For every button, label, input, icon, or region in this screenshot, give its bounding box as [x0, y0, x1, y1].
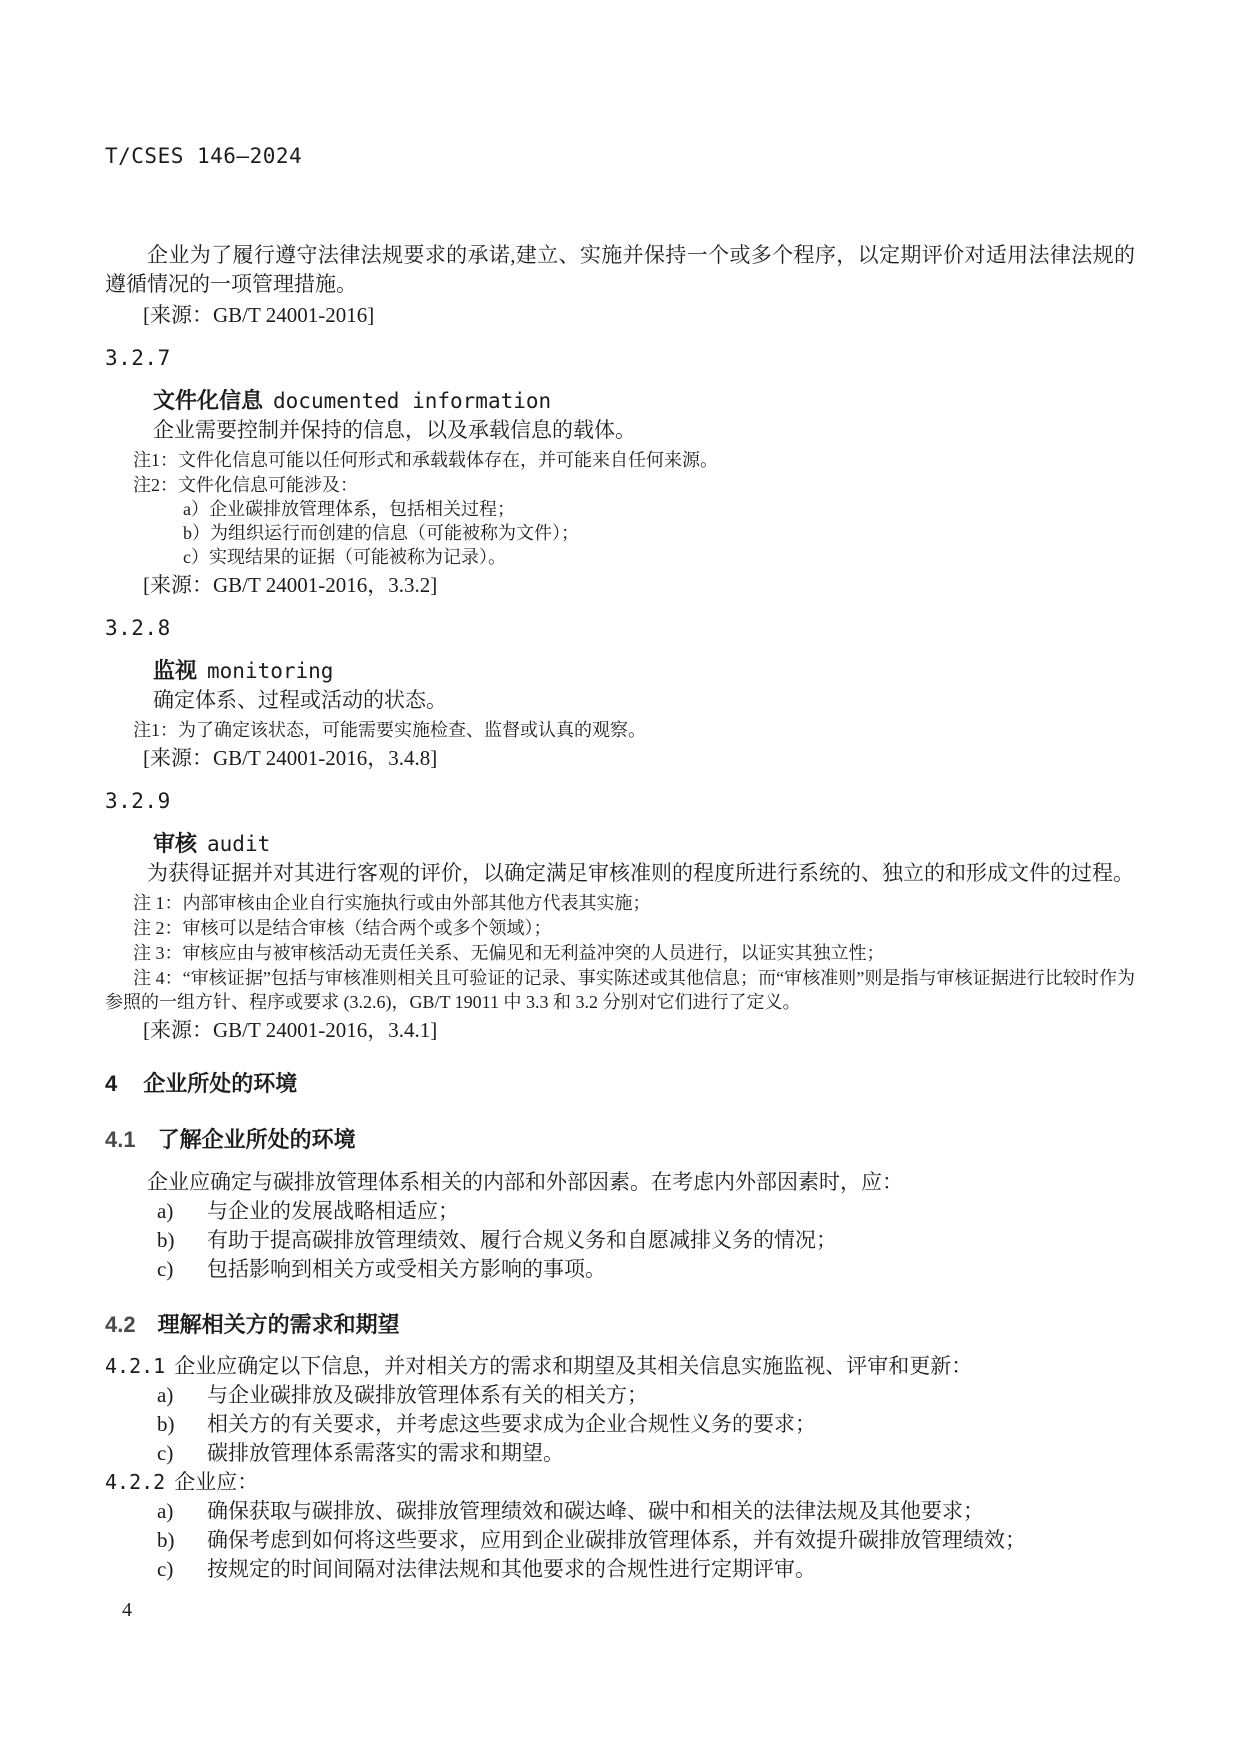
list-item: c) 碳排放管理体系需落实的需求和期望。: [105, 1439, 1135, 1468]
list-marker: a): [157, 1197, 207, 1226]
list-text: 相关方的有关要求，并考虑这些要求成为企业合规性义务的要求；: [207, 1410, 1135, 1439]
list-marker: b): [157, 1526, 207, 1555]
term-cn: 监视: [153, 658, 197, 683]
list-text: 与企业碳排放及碳排放管理体系有关的相关方；: [207, 1381, 1135, 1410]
list-text: 按规定的时间间隔对法律法规和其他要求的合规性进行定期评审。: [207, 1555, 1135, 1584]
list-item: a) 与企业的发展战略相适应；: [105, 1197, 1135, 1226]
term-number-3-2-8: 3.2.8: [105, 614, 1135, 643]
note-list-item: c）实现结果的证据（可能被称为记录）。: [183, 545, 1135, 569]
term-en: documented information: [273, 389, 551, 413]
section-number: 4.1: [105, 1125, 136, 1155]
term-cn: 文件化信息: [153, 388, 263, 413]
list-text: 碳排放管理体系需落实的需求和期望。: [207, 1439, 1135, 1468]
list-text: 确保考虑到如何将这些要求，应用到企业碳排放管理体系，并有效提升碳排放管理绩效；: [207, 1526, 1135, 1555]
list-marker: a): [157, 1381, 207, 1410]
term-note: 注2：文件化信息可能涉及：: [105, 473, 1135, 497]
list-item: c) 包括影响到相关方或受相关方影响的事项。: [105, 1255, 1135, 1284]
note-list-item: a）企业碳排放管理体系，包括相关过程；: [183, 497, 1135, 521]
term-en: audit: [207, 832, 270, 856]
section-4-1-heading: 4.1 了解企业所处的环境: [105, 1125, 1135, 1155]
section-title: 企业所处的环境: [143, 1069, 297, 1099]
section-4-heading: 4 企业所处的环境: [105, 1069, 1135, 1099]
term-heading-3-2-7: 文件化信息documented information: [153, 386, 1135, 416]
list-item: c) 按规定的时间间隔对法律法规和其他要求的合规性进行定期评审。: [105, 1555, 1135, 1584]
section-number: 4.2: [105, 1310, 136, 1340]
doc-code-header: T/CSES 146—2024: [105, 143, 1135, 169]
list-marker: c): [157, 1255, 207, 1284]
clause-number: 4.2.1: [105, 1354, 165, 1378]
term-definition: 为获得证据并对其进行客观的评价，以确定满足审核准则的程度所进行系统的、独立的和形…: [105, 859, 1135, 888]
list-marker: c): [157, 1439, 207, 1468]
list-text: 有助于提高碳排放管理绩效、履行合规义务和自愿减排义务的情况；: [207, 1226, 1135, 1255]
list-item: b) 确保考虑到如何将这些要求，应用到企业碳排放管理体系，并有效提升碳排放管理绩…: [105, 1526, 1135, 1555]
list-text: 包括影响到相关方或受相关方影响的事项。: [207, 1255, 1135, 1284]
list-marker: c): [157, 1555, 207, 1584]
term-number-3-2-7: 3.2.7: [105, 344, 1135, 373]
source-reference: [来源：GB/T 24001-2016，3.4.1]: [143, 1016, 1135, 1045]
term-number-3-2-9: 3.2.9: [105, 787, 1135, 816]
list-marker: b): [157, 1410, 207, 1439]
term-heading-3-2-8: 监视monitoring: [153, 656, 1135, 686]
note-list-item: b）为组织运行而创建的信息（可能被称为文件）；: [183, 521, 1135, 545]
page-number: 4: [122, 1597, 1135, 1623]
source-reference: [来源：GB/T 24001-2016，3.3.2]: [143, 571, 1135, 600]
list-marker: b): [157, 1226, 207, 1255]
section-title: 了解企业所处的环境: [158, 1125, 356, 1155]
list-text: 确保获取与碳排放、碳排放管理绩效和碳达峰、碳中和相关的法律法规及其他要求；: [207, 1497, 1135, 1526]
list-text: 与企业的发展战略相适应；: [207, 1197, 1135, 1226]
term-heading-3-2-9: 审核audit: [153, 829, 1135, 859]
section-number: 4: [105, 1069, 117, 1099]
clause-number: 4.2.2: [105, 1470, 165, 1494]
term-note: 注 3：审核应由与被审核活动无责任关系、无偏见和无利益冲突的人员进行，以证实其独…: [105, 941, 1135, 965]
list-marker: a): [157, 1497, 207, 1526]
list-item: a) 与企业碳排放及碳排放管理体系有关的相关方；: [105, 1381, 1135, 1410]
clause-intro: 企业应确定与碳排放管理体系相关的内部和外部因素。在考虑内外部因素时，应：: [105, 1168, 1135, 1197]
source-reference: [来源：GB/T 24001-2016]: [143, 301, 1135, 330]
list-item: b) 相关方的有关要求，并考虑这些要求成为企业合规性义务的要求；: [105, 1410, 1135, 1439]
clause-4-2-2: 4.2.2企业应：: [105, 1468, 1135, 1497]
term-note: 注1：文件化信息可能以任何形式和承载载体存在，并可能来自任何来源。: [105, 448, 1135, 472]
term-note: 注 4：“审核证据”包括与审核准则相关且可验证的记录、事实陈述或其他信息；而“审…: [105, 966, 1135, 1014]
term-note: 注 1：内部审核由企业自行实施执行或由外部其他方代表其实施；: [105, 891, 1135, 915]
list-item: b) 有助于提高碳排放管理绩效、履行合规义务和自愿减排义务的情况；: [105, 1226, 1135, 1255]
term-cn: 审核: [153, 831, 197, 856]
term-definition: 企业需要控制并保持的信息，以及承载信息的载体。: [153, 416, 1135, 445]
source-reference: [来源：GB/T 24001-2016，3.4.8]: [143, 744, 1135, 773]
section-title: 理解相关方的需求和期望: [158, 1310, 400, 1340]
term-note: 注1：为了确定该状态，可能需要实施检查、监督或认真的观察。: [105, 718, 1135, 742]
term-definition: 确定体系、过程或活动的状态。: [153, 686, 1135, 715]
clause-text: 企业应：: [174, 1470, 258, 1494]
compliance-definition-paragraph: 企业为了履行遵守法律法规要求的承诺,建立、实施并保持一个或多个程序，以定期评价对…: [105, 241, 1135, 299]
document-page: T/CSES 146—2024 企业为了履行遵守法律法规要求的承诺,建立、实施并…: [0, 0, 1240, 1755]
clause-text: 企业应确定以下信息，并对相关方的需求和期望及其相关信息实施监视、评审和更新：: [174, 1354, 972, 1378]
clause-4-2-1: 4.2.1企业应确定以下信息，并对相关方的需求和期望及其相关信息实施监视、评审和…: [105, 1352, 1135, 1381]
term-note: 注 2：审核可以是结合审核（结合两个或多个领域）；: [105, 916, 1135, 940]
section-4-2-heading: 4.2 理解相关方的需求和期望: [105, 1310, 1135, 1340]
term-en: monitoring: [207, 659, 333, 683]
list-item: a) 确保获取与碳排放、碳排放管理绩效和碳达峰、碳中和相关的法律法规及其他要求；: [105, 1497, 1135, 1526]
